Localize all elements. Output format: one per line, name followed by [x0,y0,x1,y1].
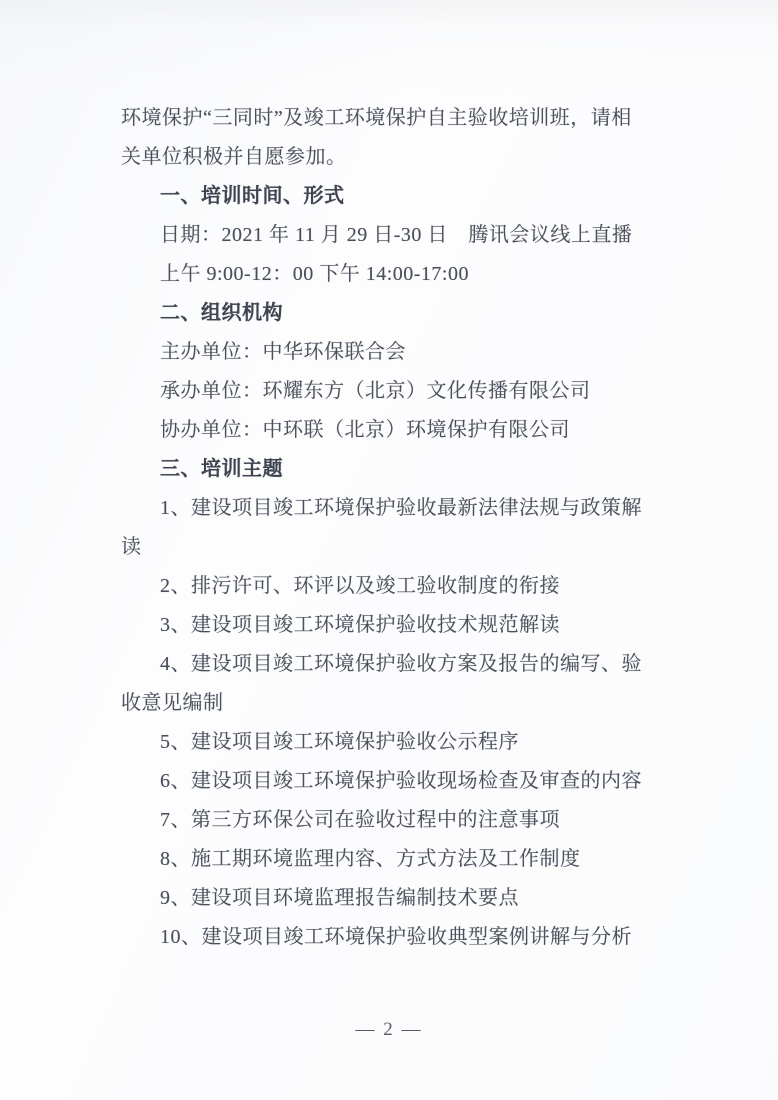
document-page: 环境保护“三同时”及竣工环境保护自主验收培训班，请相关单位积极并自愿参加。一、培… [0,0,778,1100]
text-line: 2、排污许可、环评以及竣工验收制度的衔接 [121,567,661,606]
page-number: — 2 — [0,1016,778,1044]
text-line: 6、建设项目竣工环境保护验收现场检查及审查的内容 [121,762,661,801]
document-body: 环境保护“三同时”及竣工环境保护自主验收培训班，请相关单位积极并自愿参加。一、培… [121,99,661,957]
text-line: 关单位积极并自愿参加。 [121,138,661,177]
text-line: 上午 9:00-12：00 下午 14:00-17:00 [121,255,661,294]
text-line: 5、建设项目竣工环境保护验收公示程序 [121,723,661,762]
text-line: 8、施工期环境监理内容、方式方法及工作制度 [121,840,661,879]
text-line: 10、建设项目竣工环境保护验收典型案例讲解与分析 [121,918,661,957]
text-line: 9、建设项目环境监理报告编制技术要点 [121,879,661,918]
section-heading: 一、培训时间、形式 [121,177,661,216]
text-line: 日期：2021 年 11 月 29 日-30 日 腾讯会议线上直播 [121,216,661,255]
section-heading: 二、组织机构 [121,294,661,333]
text-line: 4、建设项目竣工环境保护验收方案及报告的编写、验 [121,645,661,684]
text-line: 3、建设项目竣工环境保护验收技术规范解读 [121,606,661,645]
text-line: 环境保护“三同时”及竣工环境保护自主验收培训班，请相 [121,99,661,138]
text-line: 收意见编制 [121,684,661,723]
text-line: 1、建设项目竣工环境保护验收最新法律法规与政策解 [121,489,661,528]
text-line: 承办单位：环耀东方（北京）文化传播有限公司 [121,372,661,411]
text-line: 主办单位：中华环保联合会 [121,333,661,372]
text-line: 7、第三方环保公司在验收过程中的注意事项 [121,801,661,840]
text-line: 协办单位：中环联（北京）环境保护有限公司 [121,411,661,450]
section-heading: 三、培训主题 [121,450,661,489]
text-line: 读 [121,528,661,567]
